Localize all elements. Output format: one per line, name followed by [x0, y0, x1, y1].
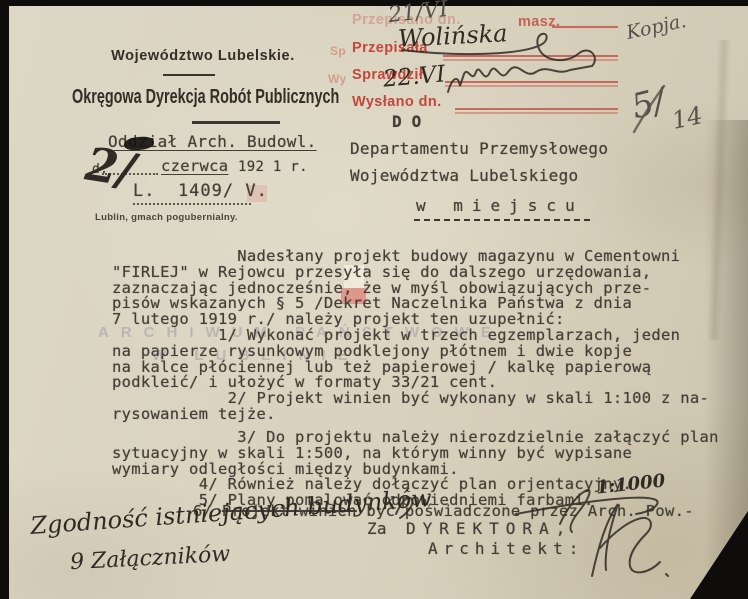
letterhead-address-note: Lublin, gmach pogubernialny.	[95, 212, 238, 223]
ref-number: L. 1409/ V.	[133, 184, 268, 200]
stamp-row4-label: Wysłano dn.	[352, 94, 442, 110]
stamp-ghost-1: Sp	[330, 44, 346, 58]
closing-za: Za	[367, 521, 387, 537]
scan-corner-background	[690, 511, 748, 599]
letterhead-office: Okręgowa Dyrekcja Robót Publicznych	[72, 86, 339, 109]
handwritten-sent-date: 22.VI	[382, 61, 446, 92]
recipient-line3: w miejscu	[414, 198, 590, 221]
stamp-line-1	[552, 26, 618, 28]
closing-director: DYREKTORA,	[406, 521, 572, 537]
body-paragraphs-1: Nadesłany projekt budowy magazynu w Ceme…	[112, 249, 732, 423]
stamp-ghost-2: Wy	[328, 72, 347, 86]
recipient-line1: Departamentu Przemysłowego	[350, 141, 608, 157]
closing-architect: Architekt:	[428, 541, 584, 557]
letterhead-divider-1	[163, 74, 215, 76]
stamp-line-2	[443, 55, 618, 57]
ref-fill-line	[133, 202, 251, 205]
typist-signature: Wolińska	[397, 19, 508, 53]
scanned-letter-page: { "colors":{"paper":"#d8d1bd","ink":"#44…	[0, 0, 748, 599]
stamp-line-3	[445, 81, 618, 83]
recipient-line2: Województwa Lubelskiego	[350, 168, 578, 184]
stamp-line-4	[455, 108, 618, 110]
letterhead-divider-2	[192, 121, 280, 124]
recipient-to: DO	[392, 114, 431, 130]
date-month: czerwca	[161, 159, 228, 175]
letterhead-region: Województwo Lubelskie.	[88, 48, 318, 64]
date-year: 192 1 r.	[238, 160, 308, 176]
handwritten-day: 2/	[82, 137, 139, 198]
